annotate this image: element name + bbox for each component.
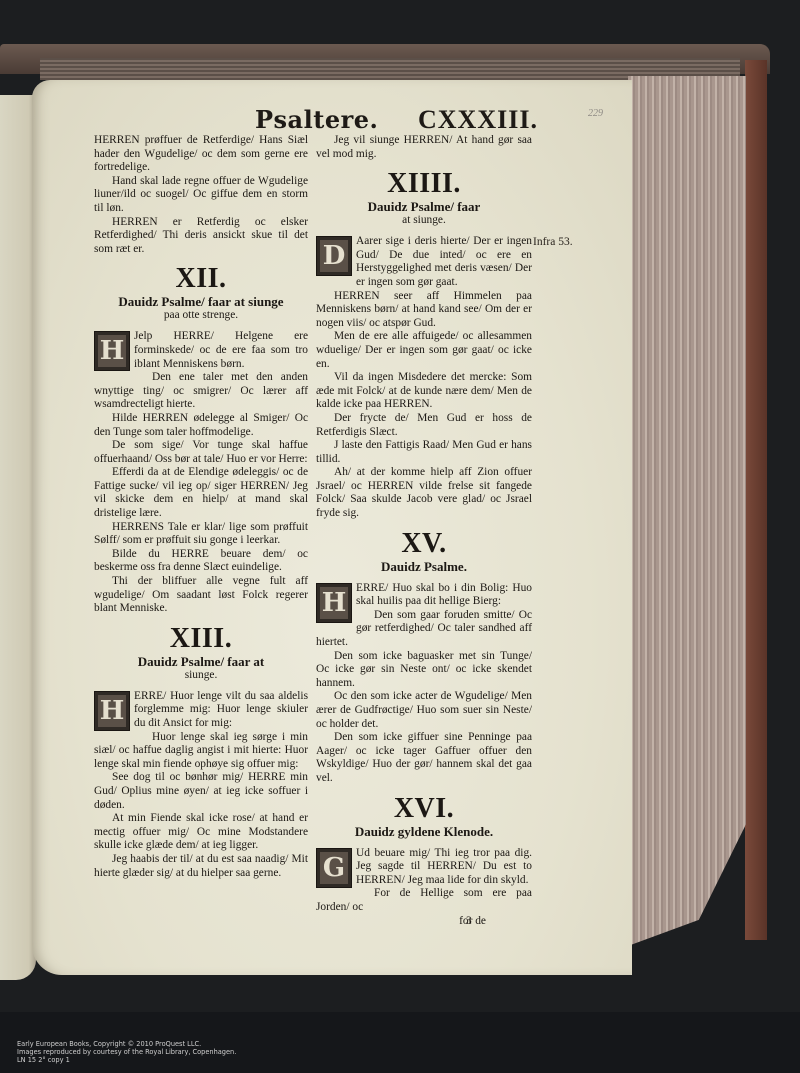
verse: J laste den Fattigis Raad/ Men Gud er ha… [316,439,532,466]
copyright-footer: Early European Books, Copyright © 2010 P… [17,1040,236,1065]
verse: See dog til oc bønhør mig/ HERRE min Gud… [94,771,308,812]
verse: Hilde HERREN ødelegge al Smiger/ Oc den … [94,412,308,439]
decorated-initial: H [316,583,352,623]
verse: At min Fiende skal icke rose/ at hand er… [94,812,308,853]
margin-note: Infra 53. [533,236,573,248]
psalm-subtitle: siunge. [94,669,308,682]
psalm-title: Dauidz Psalme/ faar at siunge [94,294,308,309]
catchword: for de [459,915,486,927]
verse: HERRENS Tale er klar/ lige som prøffuit … [94,521,308,548]
scanned-book-photo: Psaltere. CXXXIII. 229 Infra 53. HERREN … [0,0,800,1012]
folio-number: CXXXIII. [418,105,538,135]
decorated-initial: H [94,691,130,731]
verse: Thi der bliffuer alle vegne fult aff wgu… [94,575,308,616]
verse: Bilde du HERRE beuare dem/ oc beskerme o… [94,548,308,575]
verse: De som sige/ Vor tunge skal haffue offue… [94,439,308,466]
psalm-title: Dauidz Psalme. [316,559,532,574]
verse: Hand skal lade regne offuer de Wgudelige… [94,175,308,216]
psalm-number: XII. [94,264,308,294]
verse: Jeg vil siunge HERREN/ At hand gør saa v… [316,134,532,161]
psalm-number: XIII. [94,624,308,654]
verse: Den som icke giffuer sine Penninge paa A… [316,731,532,785]
psalm-subtitle: at siunge. [316,214,532,227]
psalm-title: Dauidz gyldene Klenode. [316,824,532,839]
signature-line: 3 for de [316,915,532,929]
psalm-title: Dauidz Psalme/ faar [316,199,532,214]
verse: Vil da ingen Misdedere det mercke: Som æ… [316,371,532,412]
left-page-sliver [0,95,36,980]
signature-mark: 3 [466,915,472,929]
verse: Oc den som icke acter de Wgudelige/ Men … [316,690,532,731]
psalm-number: XIIII. [316,169,532,199]
decorated-initial: H [94,331,130,371]
verse: HERREN er Retferdig oc elsker Retferdigh… [94,216,308,257]
manuscript-page-number: 229 [588,108,603,119]
footer-line: Images reproduced by courtesy of the Roy… [17,1048,236,1056]
verse: Den ene taler met den anden wnyttige tin… [94,371,308,412]
running-head-title: Psaltere. [255,105,378,134]
psalm-title: Dauidz Psalme/ faar at [94,654,308,669]
decorated-initial: G [316,848,352,888]
psalm-number: XV. [316,529,532,559]
book-cover-right [745,60,767,940]
verse: HERREN seer aff Himmelen paa Menniskens … [316,290,532,331]
verse: HERREN prøffuer de Retferdige/ Hans Siæl… [94,134,308,175]
decorated-initial: D [316,236,352,276]
verse: For de Hellige som ere paa Jorden/ oc [316,887,532,914]
verse: Ah/ at der komme hielp aff Zion offuer J… [316,466,532,520]
psalm-number: XVI. [316,794,532,824]
verse: Jeg haabis der til/ at du est saa naadig… [94,853,308,880]
verse: Efferdi da at de Elendige ødeleggis/ oc … [94,466,308,520]
page-block-fore-edge [628,76,746,946]
footer-line: LN 15 2° copy 1 [17,1056,236,1064]
verse: Men de ere alle affuigede/ oc allesammen… [316,330,532,371]
footer-line: Early European Books, Copyright © 2010 P… [17,1040,236,1048]
left-column: HERREN prøffuer de Retferdige/ Hans Siæl… [94,134,308,880]
verse: Den som icke baguasker met sin Tunge/ Oc… [316,650,532,691]
verse: Huor lenge skal ieg sørge i min siæl/ oc… [94,731,308,772]
psalm-subtitle: paa otte strenge. [94,309,308,322]
verse: Der frycte de/ Men Gud er hoss de Retfer… [316,412,532,439]
right-column: Jeg vil siunge HERREN/ At hand gør saa v… [316,134,532,928]
